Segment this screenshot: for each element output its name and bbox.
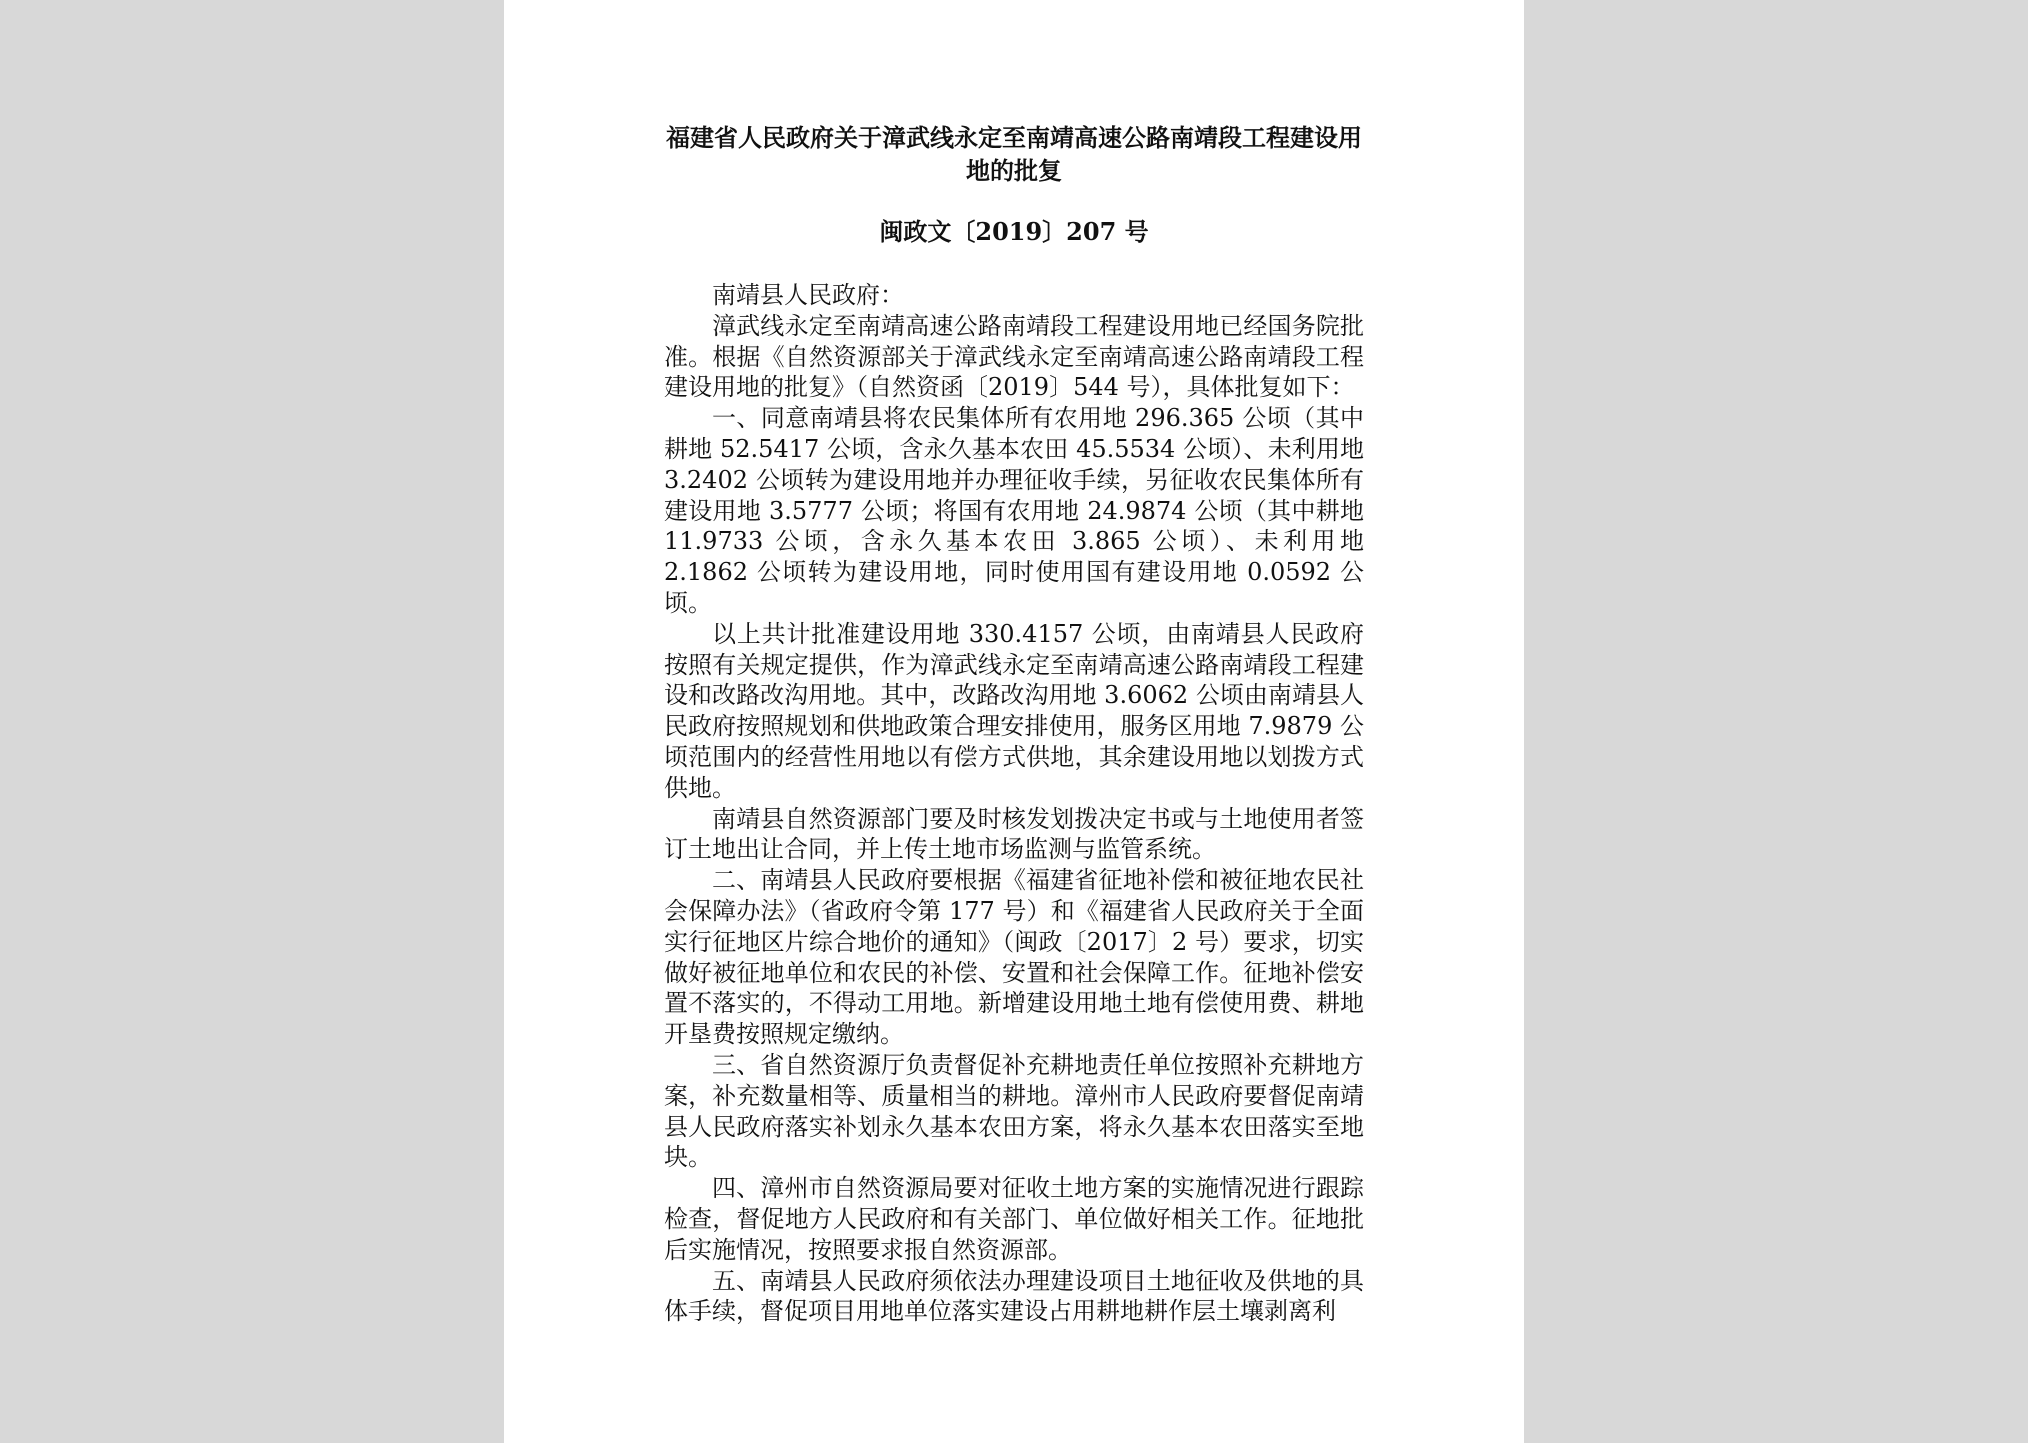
paragraph-allocation-notice: 南靖县自然资源部门要及时核发划拨决定书或与土地使用者签订土地出让合同，并上传土地… xyxy=(664,804,1364,866)
paragraph-item-2: 二、南靖县人民政府要根据《福建省征地补偿和被征地农民社会保障办法》（省政府令第 … xyxy=(664,865,1364,1050)
document-body: 南靖县人民政府： 漳武线永定至南靖高速公路南靖段工程建设用地已经国务院批准。根据… xyxy=(664,280,1364,1327)
document-title: 福建省人民政府关于漳武线永定至南靖高速公路南靖段工程建设用地的批复 xyxy=(664,121,1364,187)
paragraph-item-1: 一、同意南靖县将农民集体所有农用地 296.365 公顷（其中耕地 52.541… xyxy=(664,403,1364,619)
paragraph-preamble: 漳武线永定至南靖高速公路南靖段工程建设用地已经国务院批准。根据《自然资源部关于漳… xyxy=(664,311,1364,403)
paragraph-item-5: 五、南靖县人民政府须依法办理建设项目土地征收及供地的具体手续，督促项目用地单位落… xyxy=(664,1266,1364,1328)
scanned-document-background: 福建省人民政府关于漳武线永定至南靖高速公路南靖段工程建设用地的批复 闽政文〔20… xyxy=(0,0,2028,1443)
document-addressee: 南靖县人民政府： xyxy=(664,280,1364,311)
document-page: 福建省人民政府关于漳武线永定至南靖高速公路南靖段工程建设用地的批复 闽政文〔20… xyxy=(504,0,1524,1443)
paragraph-land-total: 以上共计批准建设用地 330.4157 公顷，由南靖县人民政府按照有关规定提供，… xyxy=(664,619,1364,804)
paragraph-item-3: 三、省自然资源厅负责督促补充耕地责任单位按照补充耕地方案，补充数量相等、质量相当… xyxy=(664,1050,1364,1173)
paragraph-item-4: 四、漳州市自然资源局要对征收土地方案的实施情况进行跟踪检查，督促地方人民政府和有… xyxy=(664,1173,1364,1265)
document-number: 闽政文〔2019〕207 号 xyxy=(664,217,1364,247)
